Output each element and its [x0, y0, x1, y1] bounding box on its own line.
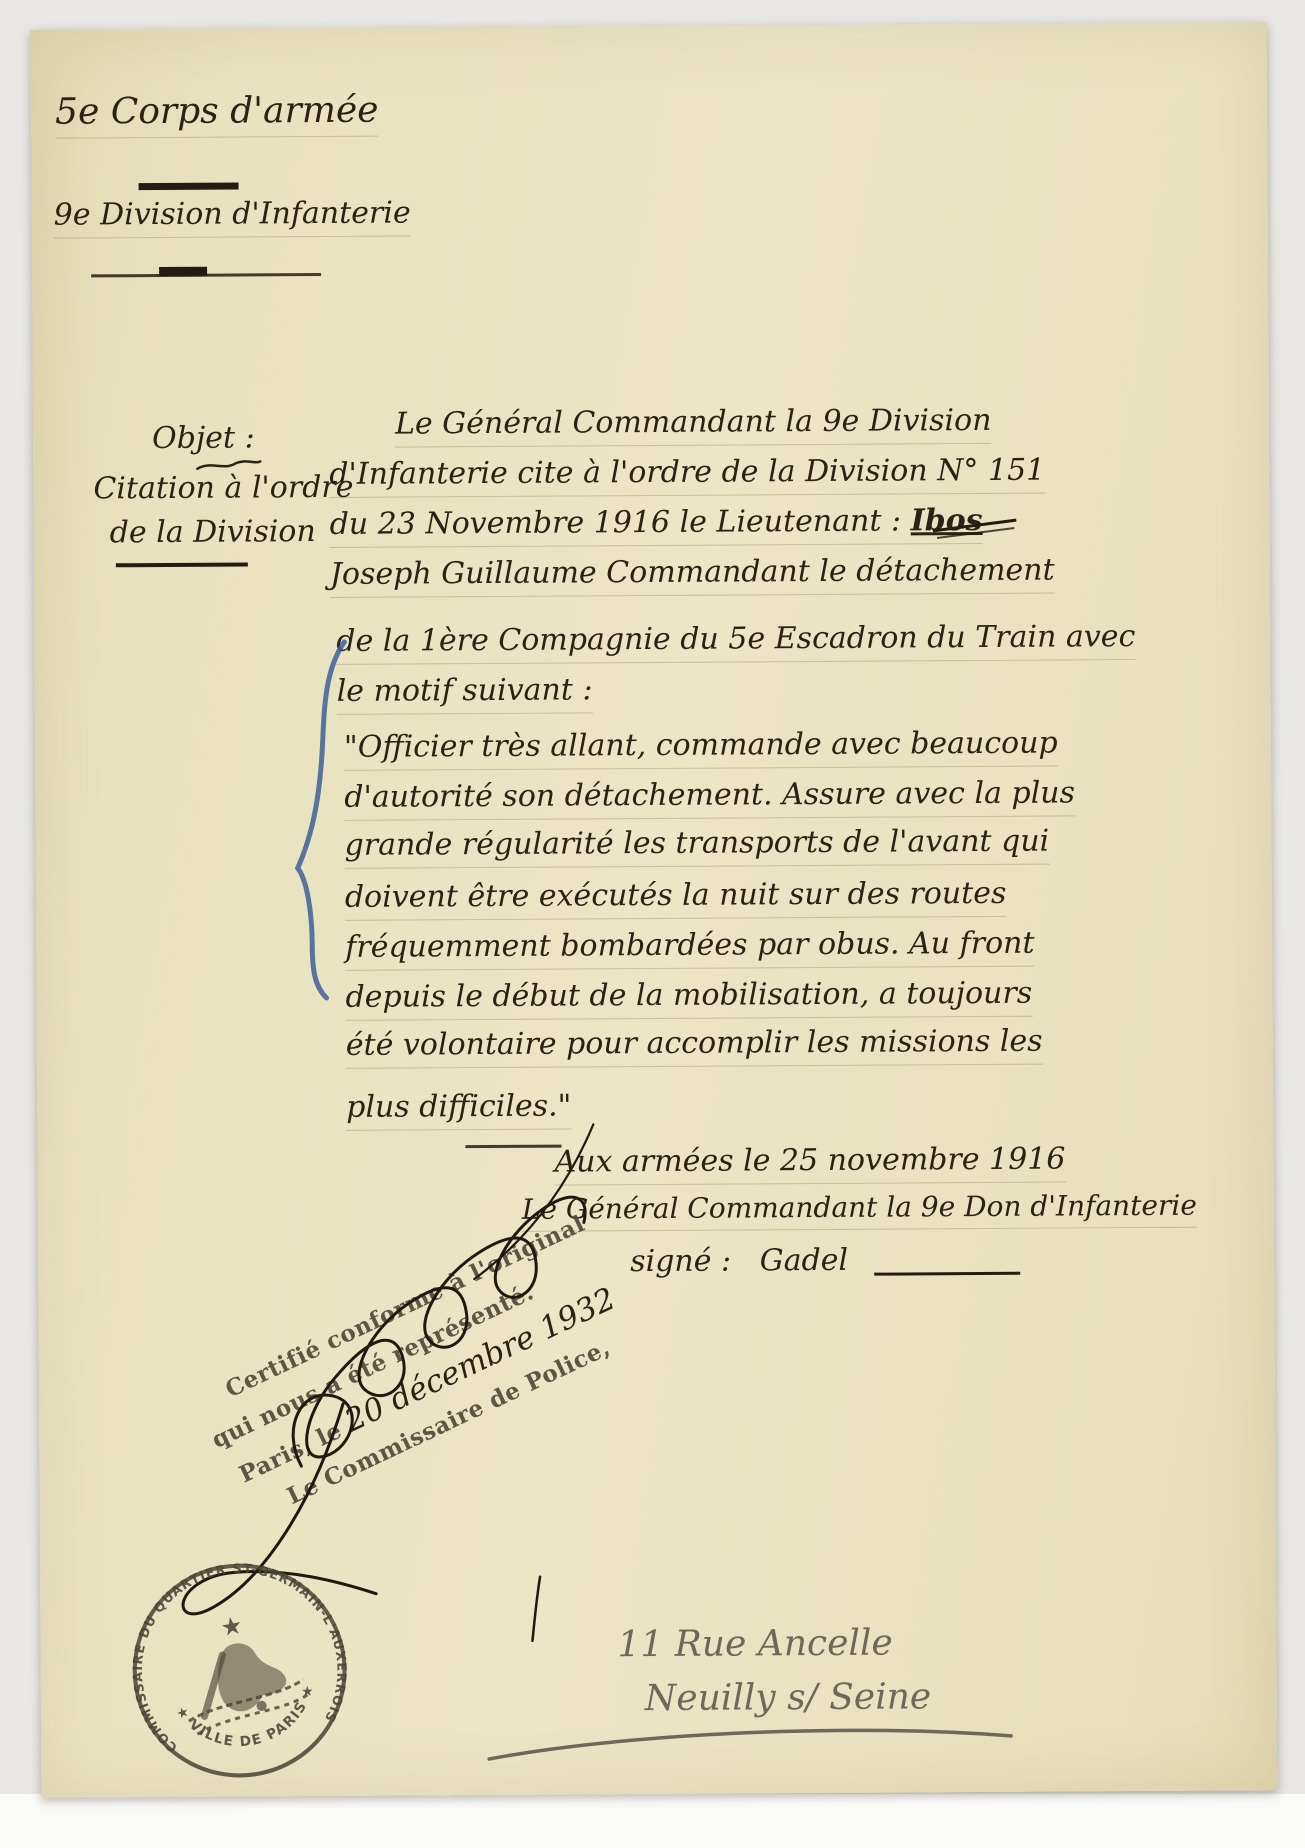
body-line-3: du 23 Novembre 1916 le Lieutenant : Ibos	[330, 503, 983, 548]
header-rule-thick	[159, 267, 207, 276]
subject-line-2: de la Division	[110, 514, 316, 550]
citation-line-2: d'autorité son détachement. Assure avec …	[344, 775, 1075, 820]
subject-line-1: Citation à l'ordre	[93, 470, 353, 507]
round-stamp: COMMISSAIRE DU QUARTIER ST-GERMAIN-L'AUX…	[109, 1540, 370, 1801]
citation-line-4: doivent être exécutés la nuit sur des ro…	[345, 876, 1007, 921]
signed-dash	[874, 1272, 1020, 1276]
scan-background-strip	[0, 1794, 1305, 1848]
body-line-4: Joseph Guillaume Commandant le détacheme…	[330, 553, 1055, 598]
body-line-6: le motif suivant :	[337, 672, 593, 715]
citation-line-7: été volontaire pour accomplir les missio…	[346, 1024, 1043, 1069]
closing-signed-label: signé :	[630, 1244, 731, 1280]
body-line-5: de la 1ère Compagnie du 5e Escadron du T…	[336, 619, 1135, 665]
body-line-2: d'Infanterie cite à l'ordre de la Divisi…	[329, 453, 1045, 498]
subject-underline	[116, 562, 248, 567]
closing-signed: signé : Gadel	[630, 1243, 848, 1279]
document-paper: 5e Corps d'armée 9e Division d'Infanteri…	[31, 22, 1278, 1798]
address-line-1: 11 Rue Ancelle	[617, 1623, 893, 1666]
citation-line-1: "Officier très allant, commande avec bea…	[344, 726, 1058, 771]
citation-line-5: fréquemment bombardées par obus. Au fron…	[345, 926, 1035, 971]
closing-signed-name: Gadel	[760, 1243, 849, 1279]
subject-label: Objet :	[152, 420, 255, 456]
citation-line-6: depuis le début de la mobilisation, a to…	[345, 976, 1032, 1021]
address-flourish	[481, 1712, 1021, 1775]
body-line-3-text: du 23 Novembre 1916 le Lieutenant :	[330, 503, 911, 542]
citation-line-3: grande régularité les transports de l'av…	[344, 824, 1049, 869]
body-line-1: Le Général Commandant la 9e Division	[395, 403, 992, 448]
header-corps-bar	[139, 183, 239, 191]
star-icon: ★	[218, 1610, 245, 1642]
closing-general-line: Le Général Commandant la 9e Don d'Infant…	[522, 1189, 1197, 1232]
header-corps: 5e Corps d'armée	[55, 90, 379, 139]
closing-date: Aux armées le 25 novembre 1916	[554, 1141, 1065, 1185]
header-division: 9e Division d'Infanterie	[54, 195, 411, 238]
